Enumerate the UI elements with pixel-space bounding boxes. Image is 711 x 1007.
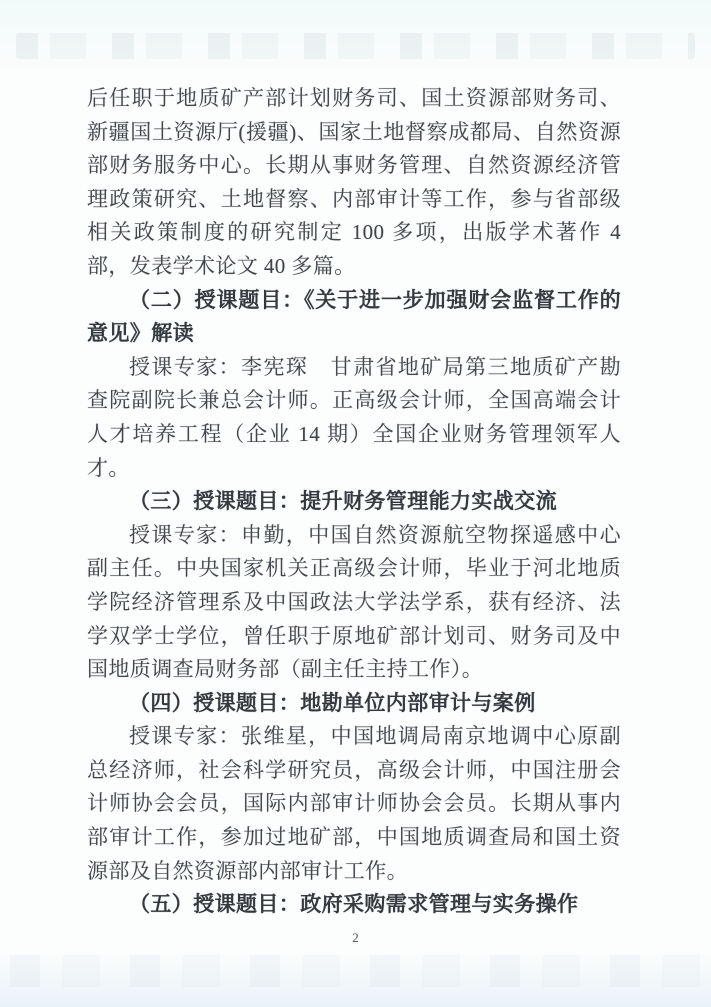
paragraph-expert-3: 授课专家：申勤，中国自然资源航空物探遥感中心副主任。中央国家机关正高级会计师，毕… [87,519,621,687]
paragraph-expert-4: 授课专家：张维星，中国地调局南京地调中心原副总经济师，社会科学研究员，高级会计师… [87,720,621,888]
page-footer: 2 [0,929,711,947]
section-heading-topic-3: （三）授课题目：提升财务管理能力实战交流 [87,485,621,519]
document-body: 后任职于地质矿产部计划财务司、国土资源部财务司、新疆国土资源厅(援疆)、国家土地… [87,82,621,922]
section-heading-topic-2: （二）授课题目：《关于进一步加强财会监督工作的意见》解读 [87,284,621,351]
section-heading-topic-4: （四）授课题目：地勘单位内部审计与案例 [87,687,621,721]
section-heading-topic-5: （五）授课题目：政府采购需求管理与实务操作 [87,888,621,922]
paragraph-bio-continuation: 后任职于地质矿产部计划财务司、国土资源部财务司、新疆国土资源厅(援疆)、国家土地… [87,82,621,284]
document-page: 后任职于地质矿产部计划财务司、国土资源部财务司、新疆国土资源厅(援疆)、国家土地… [0,0,711,1007]
scan-noise-bottom [10,955,700,987]
page-number: 2 [352,930,359,945]
scan-noise-top [16,33,695,59]
paragraph-expert-2: 授课专家：李宪琛 甘肃省地矿局第三地质矿产勘查院副院长兼总会计师。正高级会计师，… [87,351,621,485]
